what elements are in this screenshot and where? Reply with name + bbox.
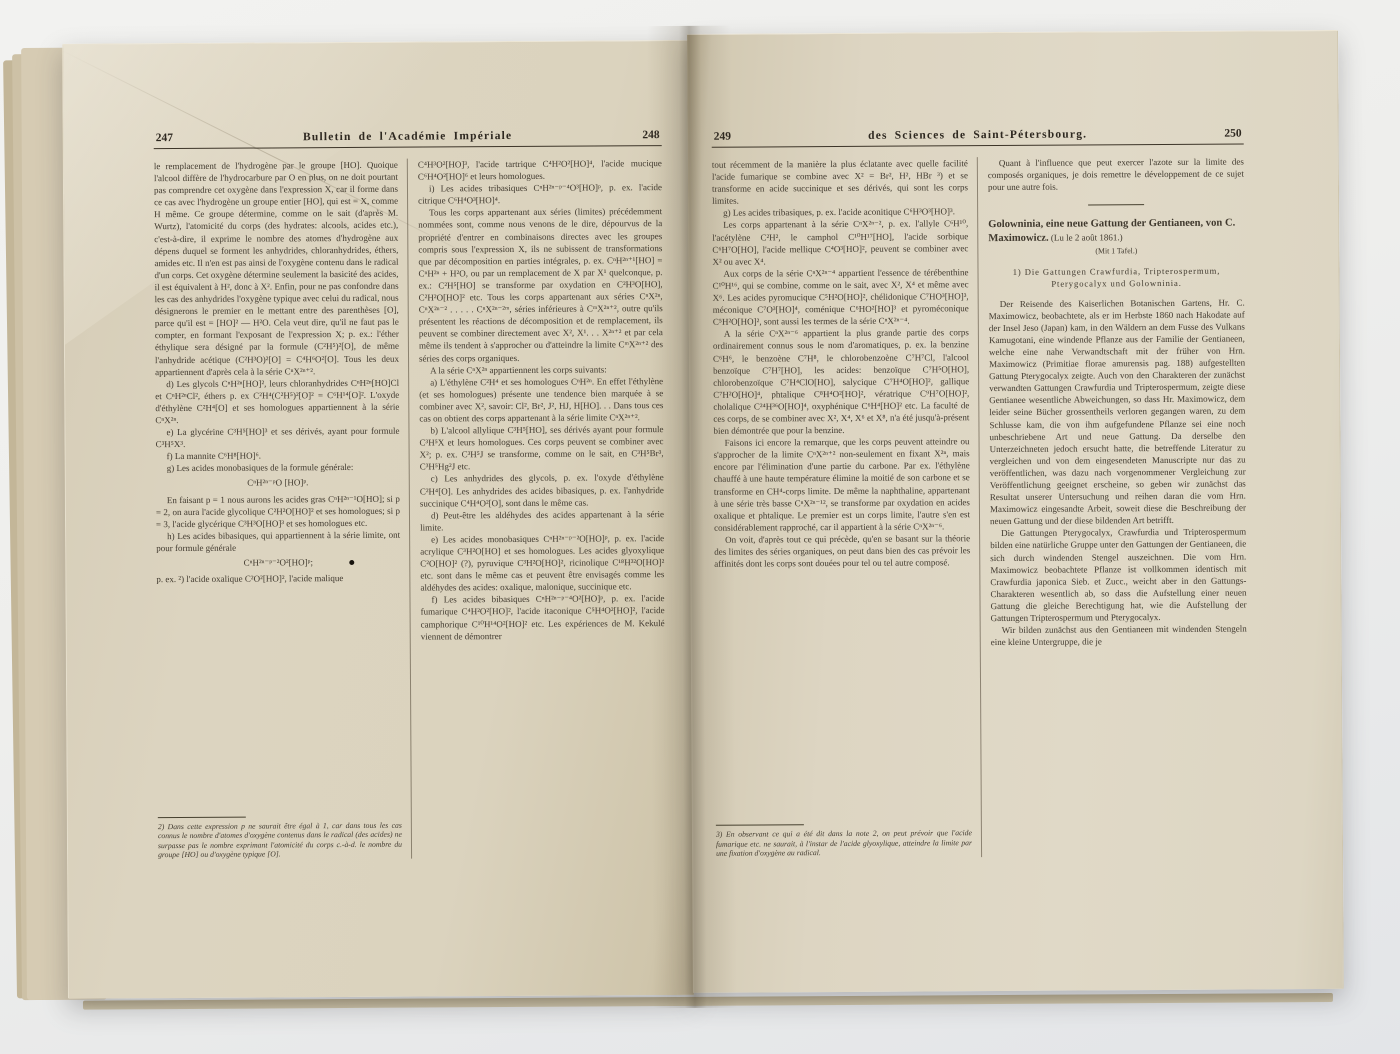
paragraph: A la série CⁿX²ⁿ⁻⁶ appartient la plus gr… [713,327,970,437]
paragraph: c) Les anhydrides des glycols, p. ex. l'… [420,472,664,510]
footnote-block: 3) En observant ce qui a été dit dans la… [716,815,972,858]
paragraph: h) Les acides bibasiques, qui appartienn… [156,528,400,554]
section-divider [1088,204,1144,205]
footnote: 3) En observant ce qui a été dit dans la… [716,828,972,858]
photograph-of-open-book: { "colors": { "background": "#eceef0", "… [0,0,1400,1054]
text-columns: tout récemment de la manière la plus écl… [712,156,1248,859]
paragraph: Faisons ici encore la remarque, que les … [714,435,971,533]
paragraph: d) Peut-être les aldéhydes des acides ap… [420,508,664,534]
article-title-date: (Lu le 2 août 1861.) [1049,232,1123,242]
plate-note: (Mit 1 Tafel.) [988,245,1244,259]
paragraph: e) La glycérine C³H⁵[HO]³ et ses dérivés… [155,425,399,451]
paragraph: b) L'alcool allylique C³H⁵[HO], ses déri… [419,423,663,473]
right-page-content: 249 des Sciences de Saint-Pétersbourg. 2… [712,128,1248,859]
paragraph: On voit, d'après tout ce qui précède, qu… [714,532,970,570]
column-page-247: le remplacement de l'hydrogène par le gr… [154,159,411,861]
running-title: Bulletin de l'Académie Impériale [303,130,512,143]
chemical-formula: CⁿH²ⁿ⁻ᵖO [HO]ᵖ. [156,476,400,490]
paragraph: Wir bilden zunächst aus den Gentianeen m… [991,623,1247,649]
page-number-249: 249 [714,131,731,143]
left-page-content: 247 Bulletin de l'Académie Impériale 248… [154,129,666,860]
paragraph: f) Les acides bibasiques CⁿH²ⁿ⁻ᵖ⁻⁴O²[HO]… [420,592,664,642]
paragraph: Der Reisende des Kaiserlichen Botanische… [989,296,1246,527]
page-number-247: 247 [156,132,173,144]
running-title: des Sciences de Saint-Pétersbourg. [868,128,1087,141]
footnote: 2) Dans cette expression p ne saurait êt… [158,820,402,860]
chemical-formula: CⁿH²ⁿ⁻ᵖ⁻²O²[HO]ᵖ; [156,556,400,570]
right-page: 249 des Sciences de Saint-Pétersbourg. 2… [687,30,1344,993]
paragraph: a) L'éthylène C²H⁴ et ses homologues CⁿH… [419,375,663,425]
section-heading: 1) Die Gattungen Crawfurdia, Tripterospe… [988,264,1244,290]
page-number-250: 250 [1224,128,1241,140]
paragraph: Tous les corps appartenant aux séries (l… [418,205,663,364]
paragraph: Aux corps de la série CⁿX²ⁿ⁻⁴ appartient… [712,266,968,328]
paragraph: C⁴H³O²[HO]³, l'acide tartrique C⁴H²O²[HO… [418,157,662,183]
footnote-rule [158,816,246,818]
text-columns: le remplacement de l'hydrogène par le gr… [154,157,666,860]
article-title: Golowninia, eine neue Gattung der Gentia… [988,217,1244,246]
column-page-248: C⁴H³O²[HO]³, l'acide tartrique C⁴H²O²[HO… [407,157,666,859]
footnote-block: 2) Dans cette expression p ne saurait êt… [158,807,402,860]
paragraph: d) Les glycols CⁿH²ⁿ[HO]², leurs chloran… [155,376,399,426]
open-book: 247 Bulletin de l'Académie Impériale 248… [7,22,1343,1012]
paragraph: Les corps appartenant à la série CⁿX²ⁿ⁻²… [712,218,968,268]
paragraph: e) Les acides monobasiques CⁿH²ⁿ⁻ᵖ⁻²O[HO… [420,532,664,594]
paragraph: p. ex. ²) l'acide oxalique C²O²[HO]², l'… [156,572,400,586]
paragraph: Die Gattungen Pterygocalyx, Crawfurdia u… [990,526,1247,624]
left-page: 247 Bulletin de l'Académie Impériale 248… [62,40,694,999]
paragraph: g) Les acides monobasiques de la formule… [156,461,400,475]
paragraph: le remplacement de l'hydrogène par le gr… [154,159,399,378]
paragraph: En faisant p = 1 nous aurons les acides … [156,492,400,530]
column-page-249: tout récemment de la manière la plus écl… [712,157,981,859]
column-page-250: Quant à l'influence que peut exercer l'a… [977,156,1248,858]
footnote-rule [716,824,804,826]
paragraph: Quant à l'influence que peut exercer l'a… [988,156,1244,194]
page-number-248: 248 [642,129,659,141]
paragraph: tout récemment de la manière la plus écl… [712,157,968,207]
paragraph: i) Les acides tribasiques CⁿH²ⁿ⁻ᵖ⁻⁴O³[HO… [418,181,662,207]
